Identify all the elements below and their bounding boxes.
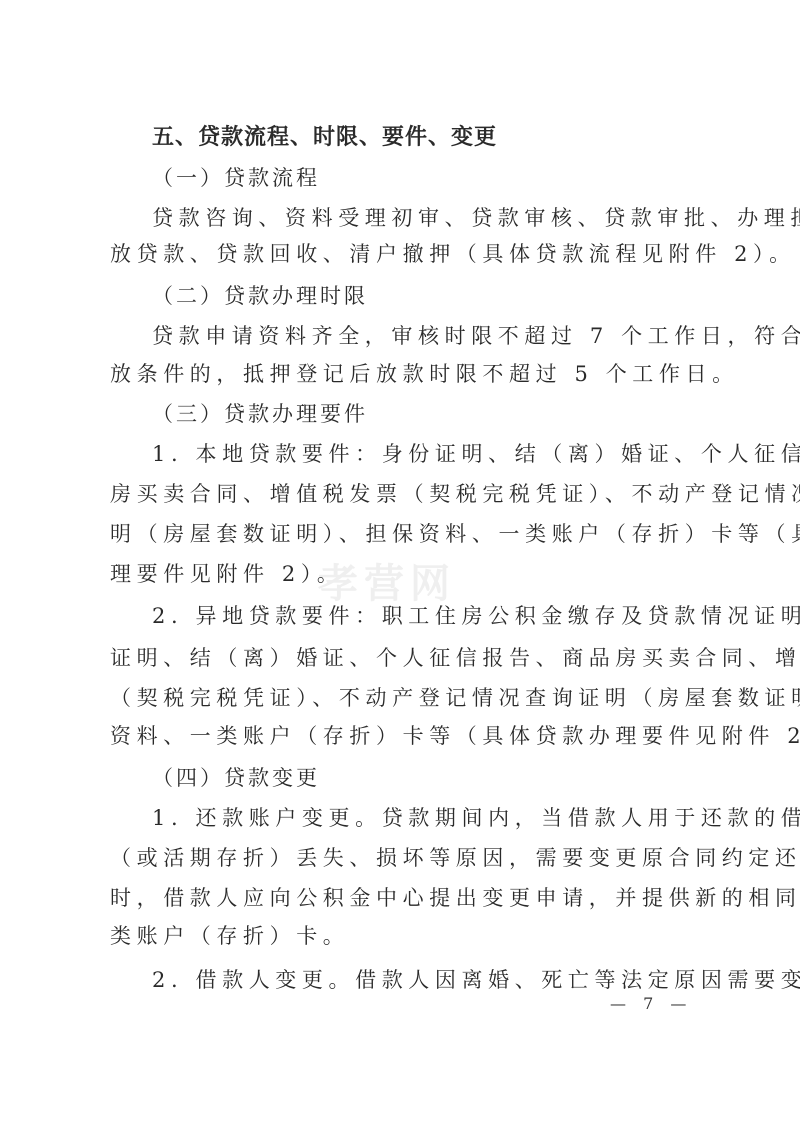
paragraph-line: 时，借款人应向公积金中心提出变更申请，并提供新的相同银行一 bbox=[110, 884, 692, 912]
paragraph-line: 类账户（存折）卡。 bbox=[110, 922, 692, 950]
paragraph-line: 1. 本地贷款要件：身份证明、结（离）婚证、个人征信报告、商品 bbox=[152, 440, 692, 468]
paragraph-line: 房买卖合同、增值税发票（契税完税凭证）、不动产登记情况查询证 bbox=[110, 480, 692, 508]
paragraph-line: （契税完税凭证）、不动产登记情况查询证明（房屋套数证明）、担保 bbox=[110, 684, 692, 712]
paragraph-line: 明（房屋套数证明）、担保资料、一类账户（存折）卡等（具体贷款办 bbox=[110, 520, 692, 548]
paragraph-line: 理要件见附件 2）。 bbox=[110, 560, 692, 588]
paragraph-line: 放条件的，抵押登记后放款时限不超过 5 个工作日。 bbox=[110, 360, 692, 388]
subsection-heading: （四）贷款变更 bbox=[152, 764, 692, 792]
subsection-heading: （二）贷款办理时限 bbox=[152, 282, 692, 310]
paragraph-line: 放贷款、贷款回收、清户撤押（具体贷款流程见附件 2）。 bbox=[110, 240, 692, 268]
paragraph-line: 1. 还款账户变更。贷款期间内，当借款人用于还款的借记卡 bbox=[152, 804, 692, 832]
paragraph-line: 资料、一类账户（存折）卡等（具体贷款办理要件见附件 2）。 bbox=[110, 722, 692, 750]
paragraph-line: 贷款咨询、资料受理初审、贷款审核、贷款审批、办理担保、发 bbox=[152, 204, 692, 232]
paragraph-line: 贷款申请资料齐全，审核时限不超过 7 个工作日，符合贷款发 bbox=[152, 322, 692, 350]
subsection-heading: （一）贷款流程 bbox=[152, 164, 692, 192]
paragraph-line: （或活期存折）丢失、损坏等原因，需要变更原合同约定还款账户 bbox=[110, 844, 692, 872]
paragraph-line: 2. 借款人变更。借款人因离婚、死亡等法定原因需要变更借 bbox=[152, 966, 692, 994]
page-number: — 7 — bbox=[610, 994, 692, 1013]
subsection-heading: （三）贷款办理要件 bbox=[152, 400, 692, 428]
paragraph-line: 2. 异地贷款要件：职工住房公积金缴存及贷款情况证明、身份 bbox=[152, 602, 692, 630]
paragraph-line: 证明、结（离）婚证、个人征信报告、商品房买卖合同、增值税发票 bbox=[110, 644, 692, 672]
section-heading: 五、贷款流程、时限、要件、变更 bbox=[152, 124, 692, 152]
document-page: 孝营网 五、贷款流程、时限、要件、变更（一）贷款流程贷款咨询、资料受理初审、贷款… bbox=[0, 0, 800, 1132]
